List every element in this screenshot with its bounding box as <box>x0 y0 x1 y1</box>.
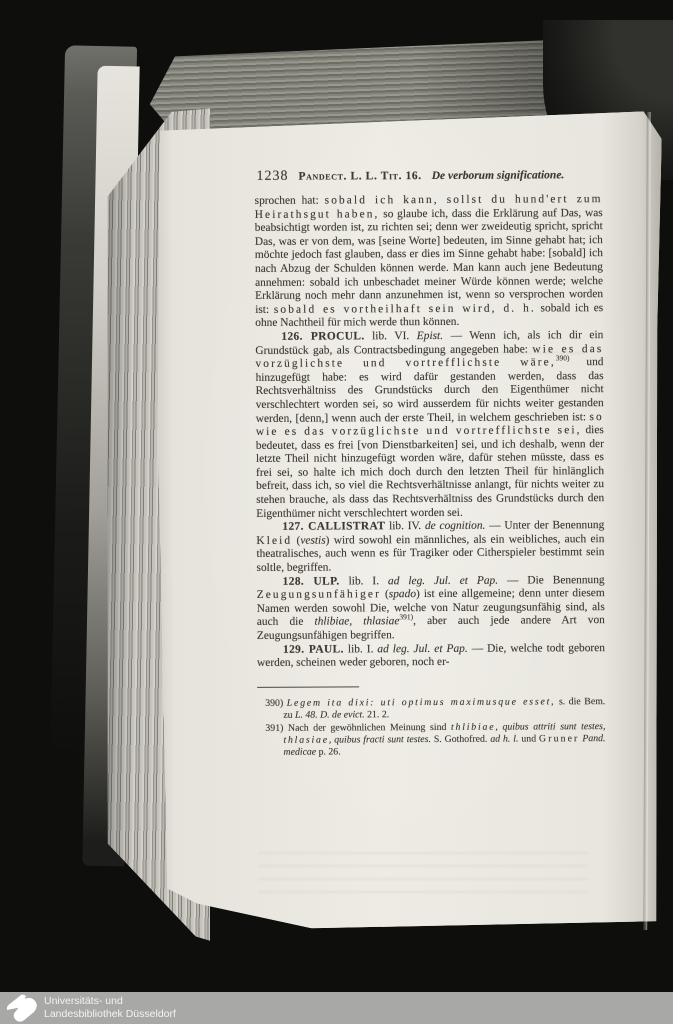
body-paragraphs: sprochen hat: sobald ich kann, sollst du… <box>255 193 605 671</box>
text-segment: Epist. <box>417 330 443 342</box>
text-segment: dies bedeutet, dass es frei [von Dienstb… <box>256 424 604 519</box>
text-segment: lib. I. <box>344 643 378 655</box>
header-citation: Pandect. L. L. Tit. 16. <box>298 170 421 183</box>
footnotes: 390) Legem ita dixi: uti optimus maximus… <box>257 696 605 759</box>
text-segment: Nach der gewöhnlichen Meinung sind <box>288 722 451 734</box>
text-segment: S. Gothofred. <box>431 734 490 745</box>
text-segment: — Die Benennung <box>498 574 605 587</box>
body-paragraph: sprochen hat: sobald ich kann, sollst du… <box>255 193 604 331</box>
text-segment: p. 26. <box>316 746 341 757</box>
text-segment: lib. I. <box>340 575 388 587</box>
text-segment: Zeugungsunfähiger <box>257 588 381 601</box>
text-segment: thlasiae <box>283 735 328 746</box>
footnote: 391) Nach der gewöhnlichen Meinung sind … <box>257 721 605 758</box>
text-segment: 391) <box>265 723 288 734</box>
text-segment: 128. ULP. <box>283 575 340 587</box>
text-segment: Kleid <box>256 535 292 547</box>
text-segment: de cognition. <box>425 520 485 532</box>
library-logo-icon <box>4 993 42 1024</box>
text-segment: — Unter der Benennung <box>485 519 604 532</box>
text-segment: , <box>603 721 606 732</box>
body-paragraph: 128. ULP. lib. I. ad leg. Jul. et Pap. —… <box>257 574 605 644</box>
text-segment: 126. PROCUL. <box>281 330 364 342</box>
text-segment: quibus fracti sunt testes. <box>334 734 431 746</box>
text-segment: 21. 2. <box>365 709 390 720</box>
page-number: 1238 <box>256 169 288 185</box>
header-work-title: De verborum significatione. <box>432 169 565 182</box>
text-segment: spado <box>389 588 416 600</box>
text-segment: L. 48. D. de evict. <box>295 709 365 720</box>
text-segment: sobald es vortheilhaft sein wird, d. h. <box>274 302 536 315</box>
text-segment: sprochen hat: <box>255 195 325 207</box>
text-segment: Legem ita dixi: uti optimus maximusque e… <box>287 696 556 708</box>
text-segment: ( <box>292 535 300 547</box>
text-segment: lib. IV. <box>385 520 425 532</box>
text-segment: 127. CALLISTRAT <box>282 520 385 533</box>
text-segment: und <box>518 734 539 745</box>
text-segment: lib. VI. <box>365 330 417 342</box>
text-segment: ( <box>381 588 389 600</box>
footnote-separator-rule <box>257 686 359 688</box>
text-segment: ad leg. Jul. et Pap. <box>388 574 498 587</box>
text-segment: 129. PAUL. <box>283 643 344 655</box>
body-paragraph: 126. PROCUL. lib. VI. Epist. — Wenn ich,… <box>255 329 604 521</box>
text-segment: 390) <box>265 698 287 709</box>
library-name-line2: Landesbibliothek Düsseldorf <box>44 1008 176 1021</box>
library-name-line1: Universitäts- und <box>44 995 176 1008</box>
text-segment: so glaube ich, dass die Erklärung auf Da… <box>255 207 603 316</box>
text-segment: Gruner <box>539 733 579 744</box>
text-segment: ad leg. Jul. et Pap. <box>377 642 467 654</box>
body-paragraph: 127. CALLISTRAT lib. IV. de cognition. —… <box>256 519 604 575</box>
book-photo: 1238 Pandect. L. L. Tit. 16. De verborum… <box>0 0 673 1024</box>
library-name: Universitäts- und Landesbibliothek Düsse… <box>44 995 176 1021</box>
footnote: 390) Legem ita dixi: uti optimus maximus… <box>257 696 605 721</box>
body-paragraph: 129. PAUL. lib. I. ad leg. Jul. et Pap. … <box>257 642 605 671</box>
text-segment: 391) <box>399 613 413 622</box>
text-segment: ad h. l. <box>490 734 518 745</box>
watermark-bar: Universitäts- und Landesbibliothek Düsse… <box>0 992 673 1024</box>
printed-text-block: 1238 Pandect. L. L. Tit. 16. De verborum… <box>254 167 605 761</box>
page-header: 1238 Pandect. L. L. Tit. 16. De verborum… <box>256 167 602 185</box>
text-segment: quibus attriti sunt testes <box>502 721 603 733</box>
text-segment: thlibiae <box>451 722 495 733</box>
text-segment: 390) <box>556 354 570 363</box>
text-segment: thlibiae, thlasiae <box>314 616 399 628</box>
text-segment: vestis <box>300 534 325 546</box>
